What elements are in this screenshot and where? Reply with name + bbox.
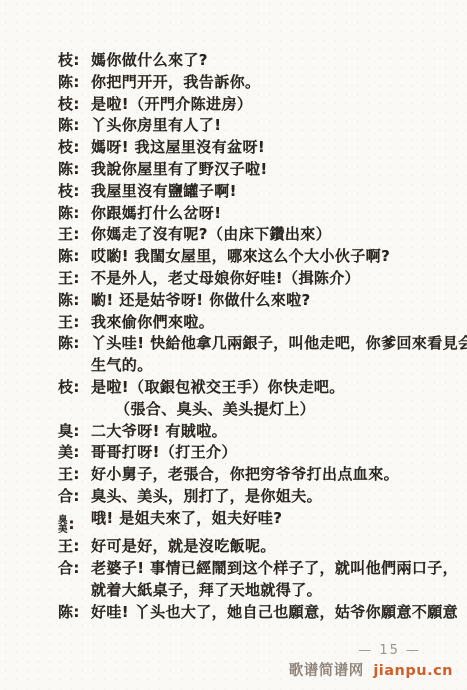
speaker-label: 枝:	[58, 50, 91, 72]
dialogue-line: 王:你媽走了沒有呢?（由床下鑽出來）	[58, 224, 443, 246]
speaker-label: 陈:	[58, 290, 91, 312]
dialogue-text: 我屋里沒有鹽罐子啊!	[91, 181, 443, 203]
dialogue-text: 你媽走了沒有呢?（由床下鑽出來）	[91, 224, 443, 246]
speaker-label: 王:	[58, 224, 91, 246]
speaker-label: 王:	[58, 464, 91, 486]
stage-direction: （張合、臭头、美头提灯上）	[58, 399, 443, 421]
dialogue-text: 好可是好，就是沒吃飯呢。	[91, 536, 443, 558]
dialogue-line: 枝:我屋里沒有鹽罐子啊!	[58, 181, 443, 203]
dialogue-line: 陈:喲! 还是姑爷呀! 你做什么來啦?	[58, 290, 443, 312]
dialogue-text: 我來偷你們來啦。	[91, 312, 443, 334]
speaker-label: 枝:	[58, 94, 91, 116]
dialogue-line: 合:老婆子! 事情已經鬧到这个样子了，就叫他們兩口子，	[58, 558, 443, 580]
dialogue-text: 丫头哇! 快給他拿几兩銀子，叫他走吧，你爹回來看見会	[91, 333, 467, 355]
dialogue-line: 臭:二大爷呀! 有賊啦。	[58, 421, 443, 443]
speaker-label: 臭美:	[58, 514, 91, 536]
dialogue-text: 媽呀! 我这屋里沒有盆呀!	[91, 137, 443, 159]
dialogue-line: 王:我來偷你們來啦。	[58, 312, 443, 334]
dialogue-text: 好哇! 丫头也大了，她自己也願意，姑爷你願意不願意	[91, 602, 458, 624]
speaker-label: 枝:	[58, 377, 91, 399]
page-footer: — 15 — 歌谱简谱网 jianpu.cn	[289, 643, 453, 680]
dialogue-continuation: 生气的。	[58, 355, 443, 377]
dialogue-text: 哎喲! 我閨女屋里，哪來这么个大小伙子啊?	[91, 246, 443, 268]
speaker-label: 王:	[58, 536, 91, 558]
speaker-label: 合:	[58, 486, 91, 508]
watermark-site-name: 歌谱简谱网	[289, 663, 364, 679]
dialogue-text: 二大爷呀! 有賊啦。	[91, 421, 443, 443]
speaker-label: 陈:	[58, 203, 91, 225]
dialogue-line: 王:好小舅子，老張合，你把穷爷爷打出点血來。	[58, 464, 443, 486]
watermark: 歌谱简谱网 jianpu.cn	[289, 659, 453, 680]
dialogue-line: 枝:媽呀! 我这屋里沒有盆呀!	[58, 137, 443, 159]
dialogue-continuation: 就着大紙桌子，拜了天地就得了。	[58, 580, 443, 602]
dialogue-text: 老婆子! 事情已經鬧到这个样子了，就叫他們兩口子，	[91, 558, 458, 580]
dialogue-line: 臭美:哦! 是姐夫來了，姐夫好哇?	[58, 508, 443, 536]
dialogue-text: 是啦!（开門介陈进房）	[91, 94, 443, 116]
speaker-label: 美:	[58, 442, 91, 464]
dialogue-line: 陈:好哇! 丫头也大了，她自己也願意，姑爷你願意不願意	[58, 602, 443, 624]
dialogue-line: 陈:我說你屋里有了野汉子啦!	[58, 159, 443, 181]
dialogue-text: 你跟媽打什么岔呀!	[91, 203, 443, 225]
dialogue-text: 媽你做什么來了?	[91, 50, 443, 72]
dialogue-text: 喲! 还是姑爷呀! 你做什么來啦?	[91, 290, 443, 312]
speaker-label: 陈:	[58, 602, 91, 624]
dialogue-text: 丫头你房里有人了!	[91, 115, 443, 137]
dialogue-line: 陈:你把門开开，我告訴你。	[58, 72, 443, 94]
dialogue-line: 王:好可是好，就是沒吃飯呢。	[58, 536, 443, 558]
speaker-colon: :	[69, 514, 75, 536]
dialogue-line: 枝:是啦!（开門介陈进房）	[58, 94, 443, 116]
dialogue-list: 枝:媽你做什么來了?陈:你把門开开，我告訴你。枝:是啦!（开門介陈进房）陈:丫头…	[58, 50, 443, 623]
speaker-label: 枝:	[58, 137, 91, 159]
speaker-label: 枝:	[58, 181, 91, 203]
dialogue-line: 枝:是啦!（取銀包袱交王手）你快走吧。	[58, 377, 443, 399]
dialogue-line: 枝:媽你做什么來了?	[58, 50, 443, 72]
dialogue-text: 哦! 是姐夫來了，姐夫好哇?	[91, 508, 443, 530]
dialogue-text: 你把門开开，我告訴你。	[91, 72, 443, 94]
speaker-label: 王:	[58, 268, 91, 290]
dialogue-text: 我說你屋里有了野汉子啦!	[91, 159, 443, 181]
speaker-label: 臭:	[58, 421, 91, 443]
speaker-label: 陈:	[58, 72, 91, 94]
page-number: — 15 —	[289, 643, 421, 658]
speaker-label: 陈:	[58, 333, 91, 355]
speaker-label: 陈:	[58, 246, 91, 268]
dialogue-text: 哥哥打呀!（打王介）	[91, 442, 443, 464]
dialogue-line: 陈:丫头你房里有人了!	[58, 115, 443, 137]
scanned-script-page: 枝:媽你做什么來了?陈:你把門开开，我告訴你。枝:是啦!（开門介陈进房）陈:丫头…	[0, 0, 467, 690]
speaker-label: 陈:	[58, 159, 91, 181]
speaker-label: 陈:	[58, 115, 91, 137]
dialogue-line: 陈:丫头哇! 快給他拿几兩銀子，叫他走吧，你爹回來看見会	[58, 333, 443, 355]
watermark-site-url: jianpu.cn	[373, 663, 453, 679]
dialogue-text: 是啦!（取銀包袱交王手）你快走吧。	[91, 377, 443, 399]
speaker-stack-bottom: 美	[58, 525, 68, 535]
dialogue-text: 臭头、美头，別打了，是你姐夫。	[91, 486, 443, 508]
dialogue-line: 合:臭头、美头，別打了，是你姐夫。	[58, 486, 443, 508]
dialogue-line: 美:哥哥打呀!（打王介）	[58, 442, 443, 464]
dialogue-text: 不是外人，老丈母娘你好哇!（揖陈介）	[91, 268, 443, 290]
speaker-label: 王:	[58, 312, 91, 334]
dialogue-line: 陈:哎喲! 我閨女屋里，哪來这么个大小伙子啊?	[58, 246, 443, 268]
dialogue-line: 陈:你跟媽打什么岔呀!	[58, 203, 443, 225]
dialogue-text: 好小舅子，老張合，你把穷爷爷打出点血來。	[91, 464, 443, 486]
speaker-label: 合:	[58, 558, 91, 580]
speaker-stack: 臭美	[58, 516, 68, 535]
dialogue-line: 王:不是外人，老丈母娘你好哇!（揖陈介）	[58, 268, 443, 290]
